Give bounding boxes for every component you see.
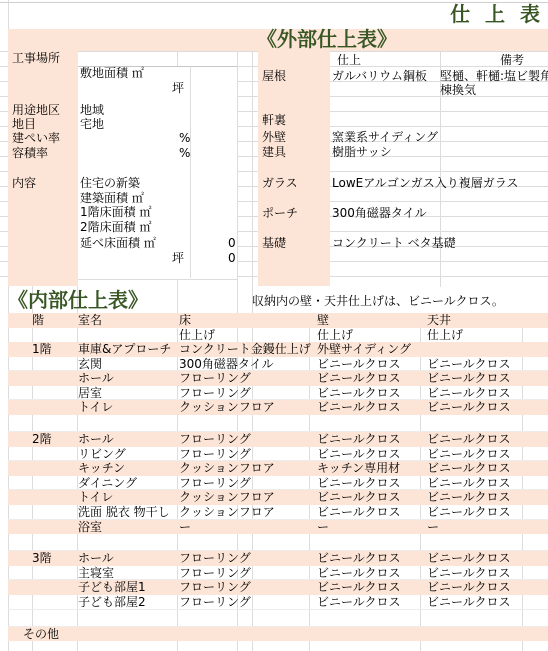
fittings-finish: 樹脂サッシ	[332, 145, 392, 159]
wall-finish-cell: ビニールクロス	[309, 371, 420, 386]
wall-finish-cell: キッチン専用材	[309, 461, 420, 476]
floor-finish-cell: クッションフロア	[177, 461, 309, 476]
table-row: 洗面 脱衣 物干し クッションフロア ビニールクロス ビニールクロス	[8, 505, 548, 520]
wall-finish-cell: ビニールクロス	[309, 447, 420, 462]
wall-finish-cell: ビニールクロス	[309, 580, 420, 595]
room-cell	[77, 627, 177, 642]
floor-finish-subheader: 仕上げ	[177, 328, 309, 343]
interior-subheader-row: 仕上げ 仕上げ 仕上げ	[8, 328, 548, 343]
roof-label: 屋根	[262, 69, 286, 83]
wall-finish-cell: ビニールクロス	[309, 476, 420, 491]
wall-finish-cell	[309, 627, 420, 642]
exterior-wall-label: 外壁	[262, 130, 286, 144]
table-row: 主寝室 フローリング ビニールクロス ビニールクロス	[8, 566, 548, 581]
wall-finish-cell	[309, 610, 420, 626]
ceiling-finish-cell: ビニールクロス	[420, 490, 548, 505]
table-row: 1階 車庫&アプローチ コンクリート金鏝仕上げ 外壁サイディング	[8, 342, 548, 357]
left-label-column	[8, 51, 78, 286]
content-value: 住宅の新築	[80, 176, 140, 190]
floor-finish-cell: フローリング	[177, 551, 309, 566]
ceiling-finish-cell	[420, 415, 548, 431]
room-cell: ホール	[77, 432, 177, 447]
room-cell: 居室	[77, 386, 177, 401]
floor-cell: 2階	[8, 432, 77, 447]
floor-cell	[8, 520, 77, 535]
ceiling-finish-cell: ビニールクロス	[420, 461, 548, 476]
total-floor-area-label: 延べ床面積 ㎡	[80, 236, 156, 250]
ceiling-finish-cell: ビニールクロス	[420, 595, 548, 610]
coverage-ratio-label: 建ぺい率	[12, 131, 60, 145]
room-cell: トイレ	[77, 490, 177, 505]
floor-cell	[8, 610, 77, 626]
floor-area-ratio-unit: %	[179, 146, 190, 160]
table-row: その他	[8, 627, 548, 642]
floor-cell	[8, 595, 77, 610]
wall-finish-cell: ビニールクロス	[309, 357, 420, 372]
wall-finish-cell: ビニールクロス	[309, 432, 420, 447]
ceiling-finish-cell: ビニールクロス	[420, 432, 548, 447]
room-cell	[77, 534, 177, 550]
ceiling-finish-cell: ビニールクロス	[420, 371, 548, 386]
ceiling-finish-cell: ビニールクロス	[420, 400, 548, 415]
ceiling-finish-cell	[420, 627, 548, 642]
wall-finish-cell	[309, 415, 420, 431]
wall-finish-cell: ビニールクロス	[309, 400, 420, 415]
ceiling-column-header: 天井	[420, 313, 548, 328]
glass-label: ガラス	[262, 176, 298, 190]
ceiling-finish-cell: ビニールクロス	[420, 505, 548, 520]
floor-finish-cell: クッションフロア	[177, 505, 309, 520]
finish-schedule-sheet: 仕 上 表 《外部仕上表》 工事場所 敷地面積 ㎡ 坪 用途地区 地域 地目 宅…	[0, 0, 548, 651]
floor-cell	[8, 357, 77, 372]
ceiling-finish-cell	[420, 342, 548, 357]
foundation-finish: コンクリート ベタ基礎	[332, 236, 456, 250]
floor-cell	[8, 461, 77, 476]
coverage-ratio-unit: %	[179, 131, 190, 145]
floor-finish-column-header: 床	[177, 313, 309, 328]
wall-finish-cell: ー	[309, 520, 420, 535]
land-category-label: 地目	[12, 117, 36, 131]
room-cell: ダイニング	[77, 476, 177, 491]
gridline	[190, 66, 191, 278]
land-category-value: 宅地	[80, 117, 104, 131]
floor-finish-cell: コンクリート金鏝仕上げ	[177, 342, 309, 357]
table-row: キッチン クッションフロア キッチン専用材 ビニールクロス	[8, 461, 548, 476]
tsubo-unit: 坪	[172, 81, 184, 95]
table-row: ホール フローリング ビニールクロス ビニールクロス	[8, 371, 548, 386]
floor-cell	[8, 386, 77, 401]
wall-finish-cell: ビニールクロス	[309, 566, 420, 581]
total-floor-area-value: 0	[228, 236, 236, 250]
room-cell: 洗面 脱衣 物干し	[77, 505, 177, 520]
eaves-soffit-label: 軒裏	[262, 113, 286, 127]
table-row: ダイニング フローリング ビニールクロス ビニールクロス	[8, 476, 548, 491]
floor-finish-cell: フローリング	[177, 476, 309, 491]
floor-finish-cell: フローリング	[177, 447, 309, 462]
room-cell	[77, 610, 177, 626]
interior-finish-table: 階 室名 床 壁 天井 仕上げ 仕上げ 仕上げ 1階 車庫&アプローチ コンクリ…	[8, 313, 548, 641]
interior-rows: 1階 車庫&アプローチ コンクリート金鏝仕上げ 外壁サイディング 玄関 300角…	[8, 342, 548, 641]
floor-area-ratio-label: 容積率	[12, 146, 48, 160]
floor-finish-cell: クッションフロア	[177, 490, 309, 505]
storage-finish-note: 収納内の壁・天井仕上げは、ビニールクロス。	[252, 294, 504, 308]
ceiling-finish-cell: ビニールクロス	[420, 357, 548, 372]
floor-cell	[8, 534, 77, 550]
table-row: トイレ クッションフロア ビニールクロス ビニールクロス	[8, 400, 548, 415]
remarks-column-header: 備考	[500, 53, 524, 67]
floor-finish-cell: フローリング	[177, 432, 309, 447]
room-cell	[77, 415, 177, 431]
room-cell: 浴室	[77, 520, 177, 535]
room-cell: 玄関	[77, 357, 177, 372]
floor-cell	[8, 490, 77, 505]
table-row: 子ども部屋2 フローリング ビニールクロス ビニールクロス	[8, 595, 548, 610]
tsubo-unit-2: 坪	[172, 251, 184, 265]
floor-finish-cell: クッションフロア	[177, 400, 309, 415]
floor-cell	[8, 505, 77, 520]
ceiling-finish-cell: ー	[420, 520, 548, 535]
floor-finish-cell: フローリング	[177, 595, 309, 610]
interior-section-heading: 《内部仕上表》	[8, 289, 148, 311]
wall-finish-cell	[309, 534, 420, 550]
floor-finish-cell: フローリング	[177, 371, 309, 386]
wall-finish-cell: 外壁サイディング	[309, 342, 420, 357]
ceiling-finish-cell: ビニールクロス	[420, 566, 548, 581]
table-row	[8, 415, 548, 432]
table-row: トイレ クッションフロア ビニールクロス ビニールクロス	[8, 490, 548, 505]
tsubo-value-2: 0	[228, 251, 236, 265]
floor-cell: 3階	[8, 551, 77, 566]
floor-finish-cell: ー	[177, 520, 309, 535]
zoning-value: 地域	[80, 103, 104, 117]
floor-finish-cell: フローリング	[177, 580, 309, 595]
roof-remark-2: 棟換気	[440, 83, 476, 97]
floor-cell	[8, 566, 77, 581]
floor-finish-cell: フローリング	[177, 566, 309, 581]
wall-finish-cell: ビニールクロス	[309, 505, 420, 520]
roof-finish: ガルバリウム鋼板	[332, 69, 427, 83]
glass-finish: LowEアルゴンガス入り複層ガラス	[332, 176, 518, 190]
floor-finish-cell: フローリング	[177, 386, 309, 401]
fittings-label: 建具	[262, 145, 286, 159]
ceiling-finish-cell: ビニールクロス	[420, 386, 548, 401]
ceiling-finish-cell	[420, 534, 548, 550]
floor-cell: 1階	[8, 342, 77, 357]
roof-remark-1: 堅樋、軒樋:塩ビ製角樋	[440, 69, 548, 83]
room-cell: 車庫&アプローチ	[77, 342, 177, 357]
table-row	[8, 610, 548, 627]
table-row: 玄関 300角磁器タイル ビニールクロス ビニールクロス	[8, 357, 548, 372]
interior-header-row: 階 室名 床 壁 天井	[8, 313, 548, 328]
page-title: 仕 上 表	[450, 3, 544, 25]
floor-cell	[8, 400, 77, 415]
table-row: 浴室 ー ー ー	[8, 520, 548, 535]
floor1-area-label: 1階床面積 ㎡	[80, 205, 151, 219]
floor-finish-cell	[177, 534, 309, 550]
site-location-label: 工事場所	[12, 51, 60, 65]
right-label-column	[258, 51, 330, 286]
ceiling-finish-cell	[420, 610, 548, 626]
porch-label: ポーチ	[262, 206, 298, 220]
wall-column-header: 壁	[309, 313, 420, 328]
exterior-section-heading: 《外部仕上表》	[257, 28, 397, 50]
zoning-label: 用途地区	[12, 103, 60, 117]
ceiling-finish-cell: ビニールクロス	[420, 580, 548, 595]
table-row: 子ども部屋1 フローリング ビニールクロス ビニールクロス	[8, 580, 548, 595]
room-cell: リビング	[77, 447, 177, 462]
floor-finish-cell: 300角磁器タイル	[177, 357, 309, 372]
room-cell: ホール	[77, 371, 177, 386]
ceiling-finish-cell: ビニールクロス	[420, 447, 548, 462]
room-cell: 子ども部屋2	[77, 595, 177, 610]
finish-column-header: 仕上	[337, 53, 361, 67]
floor-cell	[8, 371, 77, 386]
ceiling-finish-cell: ビニールクロス	[420, 476, 548, 491]
room-cell: 主寝室	[77, 566, 177, 581]
floor-cell	[8, 580, 77, 595]
wall-finish-subheader: 仕上げ	[309, 328, 420, 343]
room-cell: キッチン	[77, 461, 177, 476]
floor-cell	[8, 476, 77, 491]
wall-finish-cell: ビニールクロス	[309, 386, 420, 401]
site-area-label: 敷地面積 ㎡	[80, 66, 144, 80]
floor-finish-cell	[177, 415, 309, 431]
ceiling-finish-cell: ビニールクロス	[420, 551, 548, 566]
room-cell: 子ども部屋1	[77, 580, 177, 595]
building-area-label: 建築面積 ㎡	[80, 191, 144, 205]
floor-finish-cell	[177, 627, 309, 642]
wall-finish-cell: ビニールクロス	[309, 490, 420, 505]
foundation-label: 基礎	[262, 236, 286, 250]
table-row: 居室 フローリング ビニールクロス ビニールクロス	[8, 386, 548, 401]
ceiling-finish-subheader: 仕上げ	[420, 328, 548, 343]
room-cell: ホール	[77, 551, 177, 566]
floor-cell: その他	[8, 627, 77, 642]
wall-finish-cell: ビニールクロス	[309, 551, 420, 566]
floor-cell	[8, 415, 77, 431]
exterior-wall-finish: 窯業系サイディング	[332, 130, 438, 144]
content-label: 内容	[12, 176, 36, 190]
room-cell: トイレ	[77, 400, 177, 415]
table-row	[8, 534, 548, 551]
porch-finish: 300角磁器タイル	[332, 206, 427, 220]
floor-column-header: 階	[8, 313, 77, 328]
floor2-area-label: 2階床面積 ㎡	[80, 220, 151, 234]
table-row: 3階 ホール フローリング ビニールクロス ビニールクロス	[8, 551, 548, 566]
room-column-header: 室名	[77, 313, 177, 328]
table-row: リビング フローリング ビニールクロス ビニールクロス	[8, 447, 548, 462]
floor-finish-cell	[177, 610, 309, 626]
wall-finish-cell: ビニールクロス	[309, 595, 420, 610]
table-row: 2階 ホール フローリング ビニールクロス ビニールクロス	[8, 432, 548, 447]
floor-cell	[8, 447, 77, 462]
